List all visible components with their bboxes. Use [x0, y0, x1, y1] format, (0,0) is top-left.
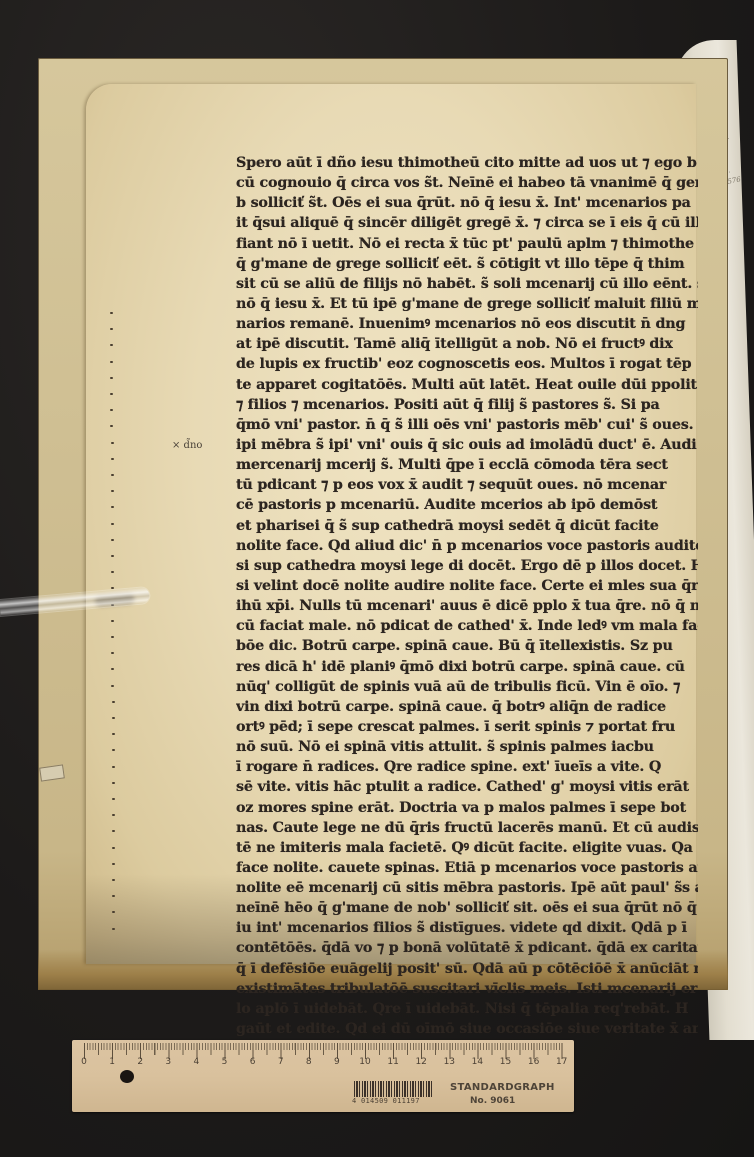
manuscript-line: nūq' colligūt de spinis vuā aū de tribul…: [236, 677, 698, 697]
manuscript-line: neīnē hēo q̄ g'mane de nob' solliciť sit…: [236, 898, 698, 918]
ruler-hole: [120, 1070, 134, 1083]
ruler-number: 14: [472, 1057, 483, 1067]
manuscript-line: q̄ ī defēsiōe euāgelij posit' sū. Qdā aū…: [236, 959, 698, 979]
manuscript-line: cū faciat male. nō pdicat de cathed' x̄.…: [236, 616, 698, 636]
manuscript-line: nō q̄ iesu x̄. Et tū ipē g'mane de grege…: [236, 294, 698, 314]
manuscript-line: ipi mēbra s̃ ipi' vni' ouis q̄ sic ouis …: [236, 435, 698, 455]
manuscript-line: nō suū. Nō ei spinā vitis attulit. s̃ sp…: [236, 737, 698, 757]
ruler-number: 13: [444, 1057, 455, 1067]
manuscript-line: it q̄sui aliquē q̄ sincēr diligēt gregē …: [236, 213, 698, 233]
manuscript-line: q̄mō vni' pastor. n̄ q̄ s̃ illi oēs vni'…: [236, 415, 698, 435]
manuscript-line: q̄ g'mane de grege solliciť eēt. s̃ cōti…: [236, 254, 698, 274]
ruler-number: 16: [528, 1057, 539, 1067]
manuscript-line: lo aplō ī uidebāt. Qre ī uidebāt. Nisi q…: [236, 999, 698, 1019]
ruler-number: 4: [194, 1057, 200, 1067]
manuscript-line: ⁊ filios ⁊ mcenarios. Positi aūt q̄ fili…: [236, 395, 698, 415]
margin-note: × d̃no: [172, 440, 202, 451]
manuscript-line: b solliciť s̃t. Oēs ei sua q̄rūt. nō q̄ …: [236, 193, 698, 213]
manuscript-line: ī rogare n̄ radices. Qre radice spine. e…: [236, 757, 698, 777]
manuscript-line: iu int' mcenarios filios s̃ distīgues. v…: [236, 918, 698, 938]
ruler-ticks: [84, 1043, 564, 1061]
manuscript-line: mercenarij mcerij s̃. Multi q̄pe ī ecclā…: [236, 455, 698, 475]
ruler-number: 5: [222, 1057, 228, 1067]
manuscript-line: Spero aūt ī dño iesu thimotheū cito mit…: [236, 153, 698, 173]
manuscript-line: ortꝰ pēd; ī sepe crescat palmes. ī serit…: [236, 717, 698, 737]
manuscript-line: sit cū se aliū de filijs nō habēt. s̃ so…: [236, 274, 698, 294]
ruler-number: 17: [556, 1057, 567, 1067]
manuscript-line: nolite face. Qd aliud dic' n̄ p mcenario…: [236, 536, 698, 556]
ruler-brand: STANDARDGRAPH: [450, 1082, 555, 1093]
manuscript-line: nolite eē mcenarij cū sitis mēbra pastor…: [236, 878, 698, 898]
manuscript-line: si velint docē nolite audire nolite face…: [236, 576, 698, 596]
manuscript-line: tē ne imiteris mala facietē. Qꝰ dicūt fa…: [236, 838, 698, 858]
ruler-model: No. 9061: [470, 1096, 515, 1106]
manuscript-line: tū pdicant ⁊ p eos vox x̄ audit ⁊ sequūt…: [236, 475, 698, 495]
ruler-number: 1: [109, 1057, 115, 1067]
manuscript-line: et pharisei q̄ s̃ sup cathedrā moysi sed…: [236, 516, 698, 536]
manuscript-line: nas. Caute lege ne dū q̄ris fructū lacer…: [236, 818, 698, 838]
manuscript-line: si sup cathedra moysi lege di docēt. Erg…: [236, 556, 698, 576]
manuscript-line: narios remanē. Inuenimꝰ mcenarios nō eos…: [236, 314, 698, 334]
manuscript-line: face nolite. cauete spinas. Etiā p mcena…: [236, 858, 698, 878]
ruler-number: 12: [415, 1057, 426, 1067]
ruler-number: 11: [387, 1057, 398, 1067]
manuscript-line: gaūt et edite. Qd ei dū oīmō siue occasi…: [236, 1019, 698, 1039]
ruler-number: 0: [81, 1057, 87, 1067]
ruler-number: 8: [306, 1057, 312, 1067]
manuscript-line: de lupis ex fructib' eoz cognoscetis eos…: [236, 354, 698, 374]
barcode-number: 4 014509 011197: [352, 1097, 420, 1105]
manuscript-line: fiant nō ī uetit. Nō ei recta x̄ tūc pt'…: [236, 234, 698, 254]
manuscript-line: bōe dic. Botrū carpe. spinā caue. Bū q̄ …: [236, 636, 698, 656]
manuscript-line: cē pastoris p mcenariū. Audite mcerios a…: [236, 495, 698, 515]
manuscript-line: existimātes tribulatōē suscitari vīclis …: [236, 979, 698, 999]
ruler-number: 15: [500, 1057, 511, 1067]
manuscript-text-block: Spero aūt ī dño iesu thimotheū cito mit…: [236, 153, 698, 1039]
manuscript-line: sē vite. vitis hāc ptulit a radice. Cath…: [236, 777, 698, 797]
scale-ruler: 4 014509 011197 STANDARDGRAPH No. 9061 0…: [72, 1040, 574, 1112]
manuscript-line: vin dixi botrū carpe. spinā caue. q̄ bot…: [236, 697, 698, 717]
ruler-number: 10: [359, 1057, 370, 1067]
ruler-number: 6: [250, 1057, 256, 1067]
manuscript-line: contētōēs. q̄dā vo ⁊ p bonā volūtatē x̄ …: [236, 938, 698, 958]
manuscript-line: at ipē discutit. Tamē aliq̄ ītelligūt a …: [236, 334, 698, 354]
barcode: [354, 1081, 434, 1097]
ruler-number: 7: [278, 1057, 284, 1067]
manuscript-line: cū cognouio q̄ circa vos s̃t. Neīnē ei h…: [236, 173, 698, 193]
ruler-number: 2: [137, 1057, 143, 1067]
ruler-number: 9: [334, 1057, 340, 1067]
ruler-number: 3: [165, 1057, 171, 1067]
manuscript-line: oz mores spine erāt. Doctria va p malos …: [236, 798, 698, 818]
manuscript-line: ihū xp̄i. Nulls tū mcenari' auus ē dicē …: [236, 596, 698, 616]
manuscript-line: te apparet cogitatōēs. Multi aūt latēt. …: [236, 375, 698, 395]
manuscript-line: res dicā h' idē planiꝰ q̄mō dixi botrū c…: [236, 657, 698, 677]
